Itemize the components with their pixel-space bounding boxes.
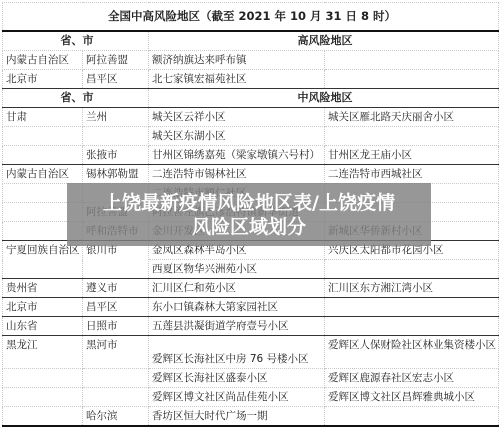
table-row: 贵州省 遵义市 汇川区仁和苑小区 汇川区东方湘江湾小区 — [3, 279, 499, 298]
area-cell: 城关区云祥小区 — [149, 108, 325, 127]
area-cell: 甘州区龙王庙小区 — [325, 146, 499, 165]
province-cell: 黑龙江 — [3, 336, 83, 369]
table-row: 张掖市 甘州区锦绣嘉苑（梁家墩镇六号村） 甘州区龙王庙小区 — [3, 146, 499, 165]
city-cell: 锡林郭勒盟 — [83, 165, 149, 184]
area-cell: 爱辉区鹿源春社区宏志小区 — [325, 369, 499, 388]
area-cell: 二连浩特市西城社区 — [325, 165, 499, 184]
table-row: 爱辉区长海社区盛泰小区 爱辉区鹿源春社区宏志小区 — [3, 369, 499, 388]
area-cell — [325, 260, 499, 279]
city-cell: 银川市 — [83, 241, 149, 279]
area-cell: 香坊区恒大时代广场一期 — [149, 407, 325, 427]
city-cell: 遵义市 — [83, 279, 149, 298]
area-cell: 甘州区锦绣嘉苑（梁家墩镇六号村） — [149, 146, 325, 165]
area-cell — [325, 51, 499, 70]
area-cell: 爱辉区长海社区中房 76 号楼小区 — [149, 336, 325, 369]
area-cell — [325, 407, 499, 427]
medium-risk-header-province: 省、市 — [3, 89, 149, 108]
province-cell: 山东省 — [3, 317, 83, 336]
table-row: 内蒙古自治区 锡林郭勒盟 二连浩特市锡林社区 二连浩特市西城社区 — [3, 165, 499, 184]
province-cell: 甘肃 — [3, 108, 83, 127]
table-row: 黑龙江 黑河市 爱辉区长海社区中房 76 号楼小区 爱辉区人保财险社区林业集资楼… — [3, 336, 499, 369]
area-cell: 爱辉区长海社区盛泰小区 — [149, 369, 325, 388]
city-cell — [83, 127, 149, 146]
area-cell: 五莲县洪凝街道学府壹号小区 — [149, 317, 325, 336]
province-cell: 内蒙古自治区 — [3, 165, 83, 184]
area-cell: 汇川区仁和苑小区 — [149, 279, 325, 298]
city-cell: 阿拉善盟 — [83, 51, 149, 70]
city-cell: 日照市 — [83, 317, 149, 336]
high-risk-header-province: 省、市 — [3, 31, 149, 51]
city-cell: 哈尔滨 — [83, 407, 149, 427]
province-cell — [3, 407, 83, 427]
area-cell — [325, 298, 499, 317]
city-cell: 昌平区 — [83, 298, 149, 317]
province-cell: 宁夏回族自治区 — [3, 241, 83, 279]
area-cell: 东小口镇森林大第家园社区 — [149, 298, 325, 317]
area-cell: 爱辉区博文社区昌辉雅典城小区 — [325, 388, 499, 407]
city-cell: 昌平区 — [83, 70, 149, 89]
table-row: 内蒙古自治区 阿拉善盟 额济纳旗达来呼布镇 — [3, 51, 499, 70]
area-cell: 城关区东湖小区 — [149, 127, 325, 146]
city-cell — [83, 388, 149, 407]
medium-risk-header-area: 中风险地区 — [149, 89, 499, 108]
headline-text: 上饶最新疫情风险地区表/上饶疫情 风险区域划分 — [99, 191, 399, 239]
area-cell: 城关区雁北路天庆丽舍小区 — [325, 108, 499, 127]
area-cell — [325, 317, 499, 336]
area-cell: 北七家镇宏福苑社区 — [149, 70, 325, 89]
city-cell: 兰州 — [83, 108, 149, 127]
table-title: 全国中高风险地区（截至 2021 年 10 月 31 日 8 时） — [3, 3, 499, 32]
area-cell — [325, 70, 499, 89]
province-cell: 北京市 — [3, 298, 83, 317]
high-risk-header-area: 高风险地区 — [149, 31, 499, 51]
city-cell: 张掖市 — [83, 146, 149, 165]
table-row: 北京市 昌平区 东小口镇森林大第家园社区 — [3, 298, 499, 317]
province-cell — [3, 369, 83, 388]
headline-line-1: 上饶最新疫情风险地区表/上饶疫情 — [103, 191, 395, 215]
area-cell: 爱辉区博文社区尚品佳苑小区 — [149, 388, 325, 407]
table-row: 北京市 昌平区 北七家镇宏福苑社区 — [3, 70, 499, 89]
table-row: 爱辉区博文社区尚品佳苑小区 爱辉区博文社区昌辉雅典城小区 — [3, 388, 499, 407]
city-cell: 黑河市 — [83, 336, 149, 369]
province-cell — [3, 146, 83, 165]
province-cell: 贵州省 — [3, 279, 83, 298]
area-cell: 西夏区物华兴洲苑小区 — [149, 260, 325, 279]
province-cell: 内蒙古自治区 — [3, 51, 83, 70]
city-cell — [83, 369, 149, 388]
table-row: 甘肃 兰州 城关区云祥小区 城关区雁北路天庆丽舍小区 — [3, 108, 499, 127]
province-cell: 北京市 — [3, 70, 83, 89]
table-row: 哈尔滨 香坊区恒大时代广场一期 — [3, 407, 499, 427]
headline-line-2: 风险区域划分 — [103, 215, 395, 239]
area-cell: 二连浩特市锡林社区 — [149, 165, 325, 184]
table-row: 城关区东湖小区 — [3, 127, 499, 146]
province-cell — [3, 127, 83, 146]
area-cell: 额济纳旗达来呼布镇 — [149, 51, 325, 70]
area-cell: 汇川区东方湘江湾小区 — [325, 279, 499, 298]
province-cell — [3, 388, 83, 407]
area-cell — [325, 127, 499, 146]
table-row: 山东省 日照市 五莲县洪凝街道学府壹号小区 — [3, 317, 499, 336]
area-cell: 爱辉区人保财险社区林业集资楼小区 — [325, 336, 499, 369]
headline-overlay: 上饶最新疫情风险地区表/上饶疫情 风险区域划分 — [67, 183, 431, 246]
